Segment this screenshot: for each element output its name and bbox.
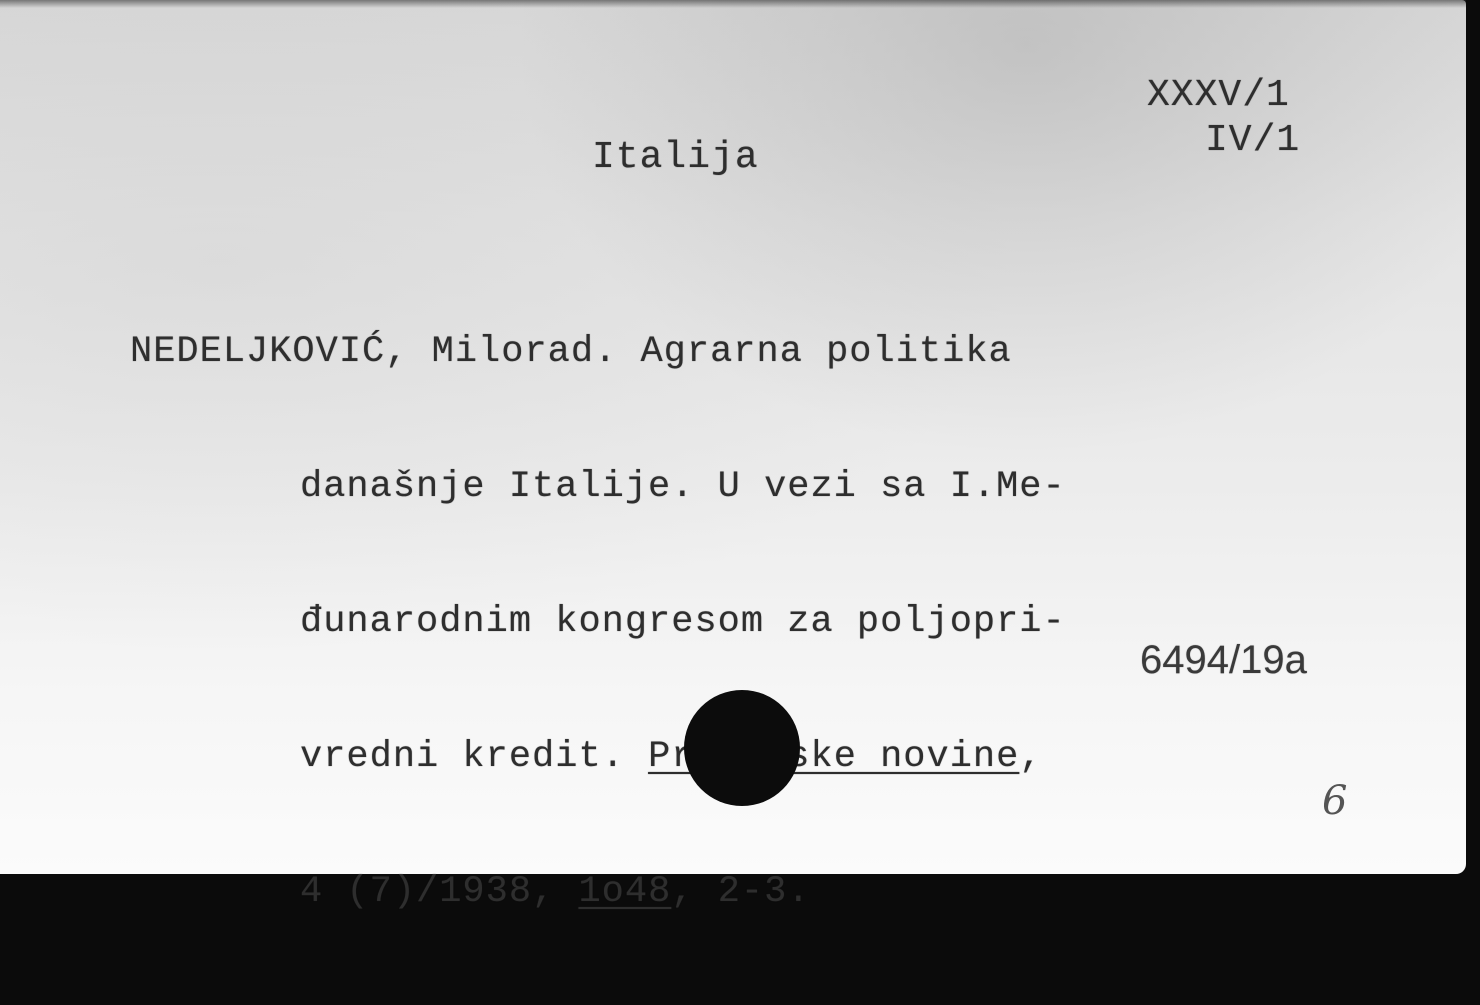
issue-number: 1o48: [578, 871, 671, 888]
subject-heading: Italija: [592, 136, 759, 179]
entry-line-2: današnje Italije. U vezi sa I.Me-: [130, 465, 1066, 510]
punch-hole: [684, 690, 800, 806]
volume-issue-year: 4 (7)/1938,: [300, 871, 578, 888]
catalog-card: Italija XXXV/1 IV/1 NEDELJKOVIĆ, Milorad…: [0, 0, 1466, 874]
pages: , 2-3.: [671, 871, 810, 888]
entry-line-3: đunarodnim kongresom za poljopri-: [130, 600, 1066, 645]
accession-number: 6494/19a: [1140, 638, 1307, 683]
entry-line-1: NEDELJKOVIĆ, Milorad. Agrarna politika: [130, 330, 1066, 375]
bibliographic-entry: NEDELJKOVIĆ, Milorad. Agrarna politika d…: [130, 240, 1066, 888]
card-top-shadow: [0, 0, 1466, 8]
handwritten-mark: 6: [1322, 778, 1347, 824]
entry-line-5: 4 (7)/1938, 1o48, 2-3.: [130, 870, 1066, 888]
publication-suffix: ,: [1019, 736, 1042, 778]
entry-line-4: vredni kredit. Primorske novine,: [130, 735, 1066, 780]
entry-line-4-text: vredni kredit.: [300, 736, 648, 778]
call-number-line-2: IV/1: [1205, 119, 1300, 162]
call-number-line-1: XXXV/1: [1147, 74, 1290, 117]
